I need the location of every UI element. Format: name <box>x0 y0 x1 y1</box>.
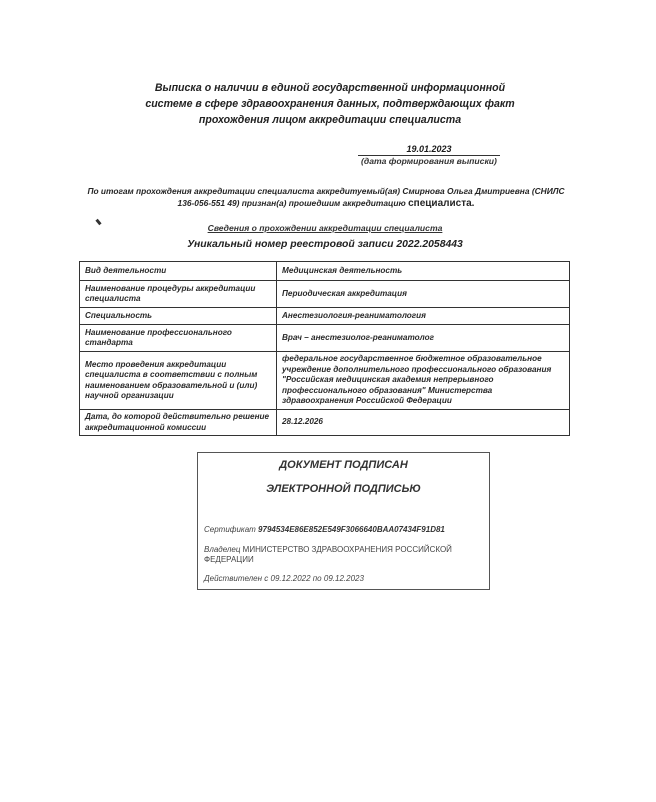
section-heading: Сведения о прохождении аккредитации спец… <box>180 223 470 233</box>
signature-owner: Владелец МИНИСТЕРСТВО ЗДРАВООХРАНЕНИЯ РО… <box>204 545 484 565</box>
row-label: Наименование профессионального стандарта <box>80 325 277 352</box>
certificate-label: Сертификат <box>204 525 256 534</box>
table-row: Дата, до которой действительно решение а… <box>80 410 570 436</box>
row-value: 28.12.2026 <box>277 410 570 436</box>
signature-title-line-1: ДОКУМЕНТ ПОДПИСАН <box>198 459 489 471</box>
row-label: Специальность <box>80 308 277 325</box>
signature-certificate: Сертификат 9794534E86E852E549F3066640BAA… <box>204 525 484 535</box>
title-line-3: прохождения лицом аккредитации специалис… <box>140 112 520 128</box>
registry-number: Уникальный номер реестровой записи 2022.… <box>160 239 490 250</box>
accreditation-info-table: Вид деятельности Медицинская деятельност… <box>79 261 570 436</box>
electronic-signature-stamp: ДОКУМЕНТ ПОДПИСАН ЭЛЕКТРОННОЙ ПОДПИСЬЮ С… <box>197 452 490 590</box>
accreditation-result-paragraph: По итогам прохождения аккредитации специ… <box>80 185 572 210</box>
table-row: Место проведения аккредитации специалист… <box>80 352 570 410</box>
title-line-2: системе в сфере здравоохранения данных, … <box>140 96 520 112</box>
owner-label: Владелец <box>204 545 240 554</box>
row-value: Медицинская деятельность <box>277 262 570 281</box>
row-value: Периодическая аккредитация <box>277 281 570 308</box>
validity-label: Действителен с <box>204 574 268 583</box>
row-value: Врач – анестезиолог-реаниматолог <box>277 325 570 352</box>
valid-to: 09.12.2023 <box>324 574 364 583</box>
signature-validity: Действителен с 09.12.2022 по 09.12.2023 <box>204 574 484 584</box>
signature-title-line-2: ЭЛЕКТРОННОЙ ПОДПИСЬЮ <box>198 483 489 495</box>
validity-to-label: по <box>313 574 322 583</box>
certificate-value: 9794534E86E852E549F3066640BAA07434F91D81 <box>258 525 445 534</box>
table-row: Специальность Анестезиология-реаниматоло… <box>80 308 570 325</box>
table-row: Наименование процедуры аккредитации спец… <box>80 281 570 308</box>
issue-date: 19.01.2023 <box>358 144 500 156</box>
scan-artifact <box>95 219 101 226</box>
title-line-1: Выписка о наличии в единой государственн… <box>140 80 520 96</box>
issue-date-caption: (дата формирования выписки) <box>358 156 500 166</box>
row-value: Анестезиология-реаниматология <box>277 308 570 325</box>
row-label: Вид деятельности <box>80 262 277 281</box>
result-text: По итогам прохождения аккредитации специ… <box>87 186 564 208</box>
row-label: Дата, до которой действительно решение а… <box>80 410 277 436</box>
row-label: Место проведения аккредитации специалист… <box>80 352 277 410</box>
table-row: Наименование профессионального стандарта… <box>80 325 570 352</box>
row-value: федеральное государственное бюджетное об… <box>277 352 570 410</box>
owner-value: МИНИСТЕРСТВО ЗДРАВООХРАНЕНИЯ РОССИЙСКОЙ … <box>204 545 452 564</box>
table-row: Вид деятельности Медицинская деятельност… <box>80 262 570 281</box>
row-label: Наименование процедуры аккредитации спец… <box>80 281 277 308</box>
valid-from: 09.12.2022 <box>271 574 311 583</box>
result-tail: специалиста. <box>408 198 474 209</box>
document-title: Выписка о наличии в единой государственн… <box>140 80 520 128</box>
